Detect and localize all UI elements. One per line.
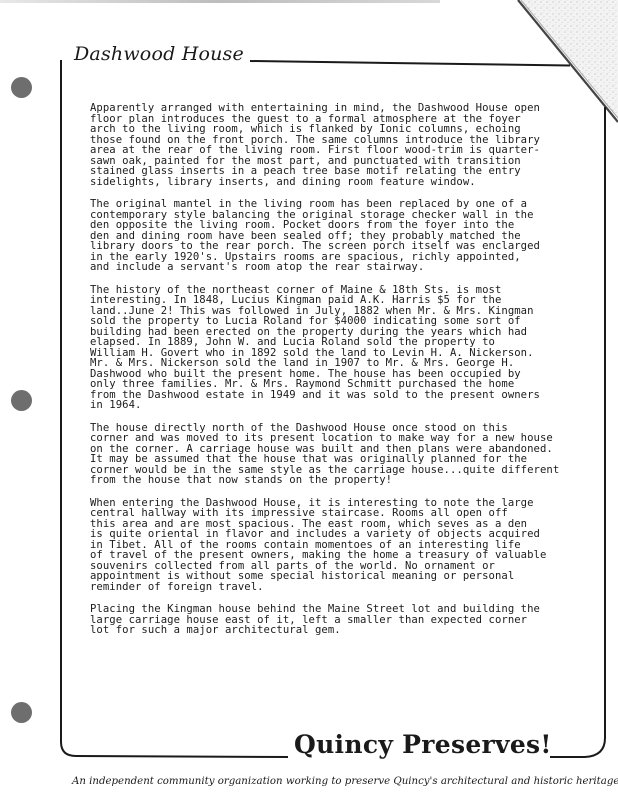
article-body: Apparently arranged with entertaining in… (90, 103, 590, 648)
page-title: Dashwood House (74, 43, 244, 65)
punch-hole-icon (11, 702, 32, 723)
frame-right-border (604, 107, 606, 727)
title-underline (250, 60, 570, 66)
brand-logo: Quincy Preserves! (294, 730, 552, 759)
paragraph-history: The history of the northeast corner of M… (90, 285, 590, 411)
footer-tagline: An independent community organization wo… (72, 776, 618, 787)
paragraph-entering: When entering the Dashwood House, it is … (90, 498, 590, 593)
scan-top-edge (0, 0, 440, 3)
paragraph-north-house: The house directly north of the Dashwood… (90, 423, 590, 486)
punch-hole-icon (11, 77, 32, 98)
punch-hole-icon (11, 390, 32, 411)
paragraph-lot: Placing the Kingman house behind the Mai… (90, 604, 590, 636)
frame-left-border (60, 60, 62, 740)
paragraph-mantel: The original mantel in the living room h… (90, 199, 590, 273)
paragraph-floor-plan: Apparently arranged with entertaining in… (90, 103, 590, 187)
document-page: Dashwood House Apparently arranged with … (0, 0, 618, 800)
